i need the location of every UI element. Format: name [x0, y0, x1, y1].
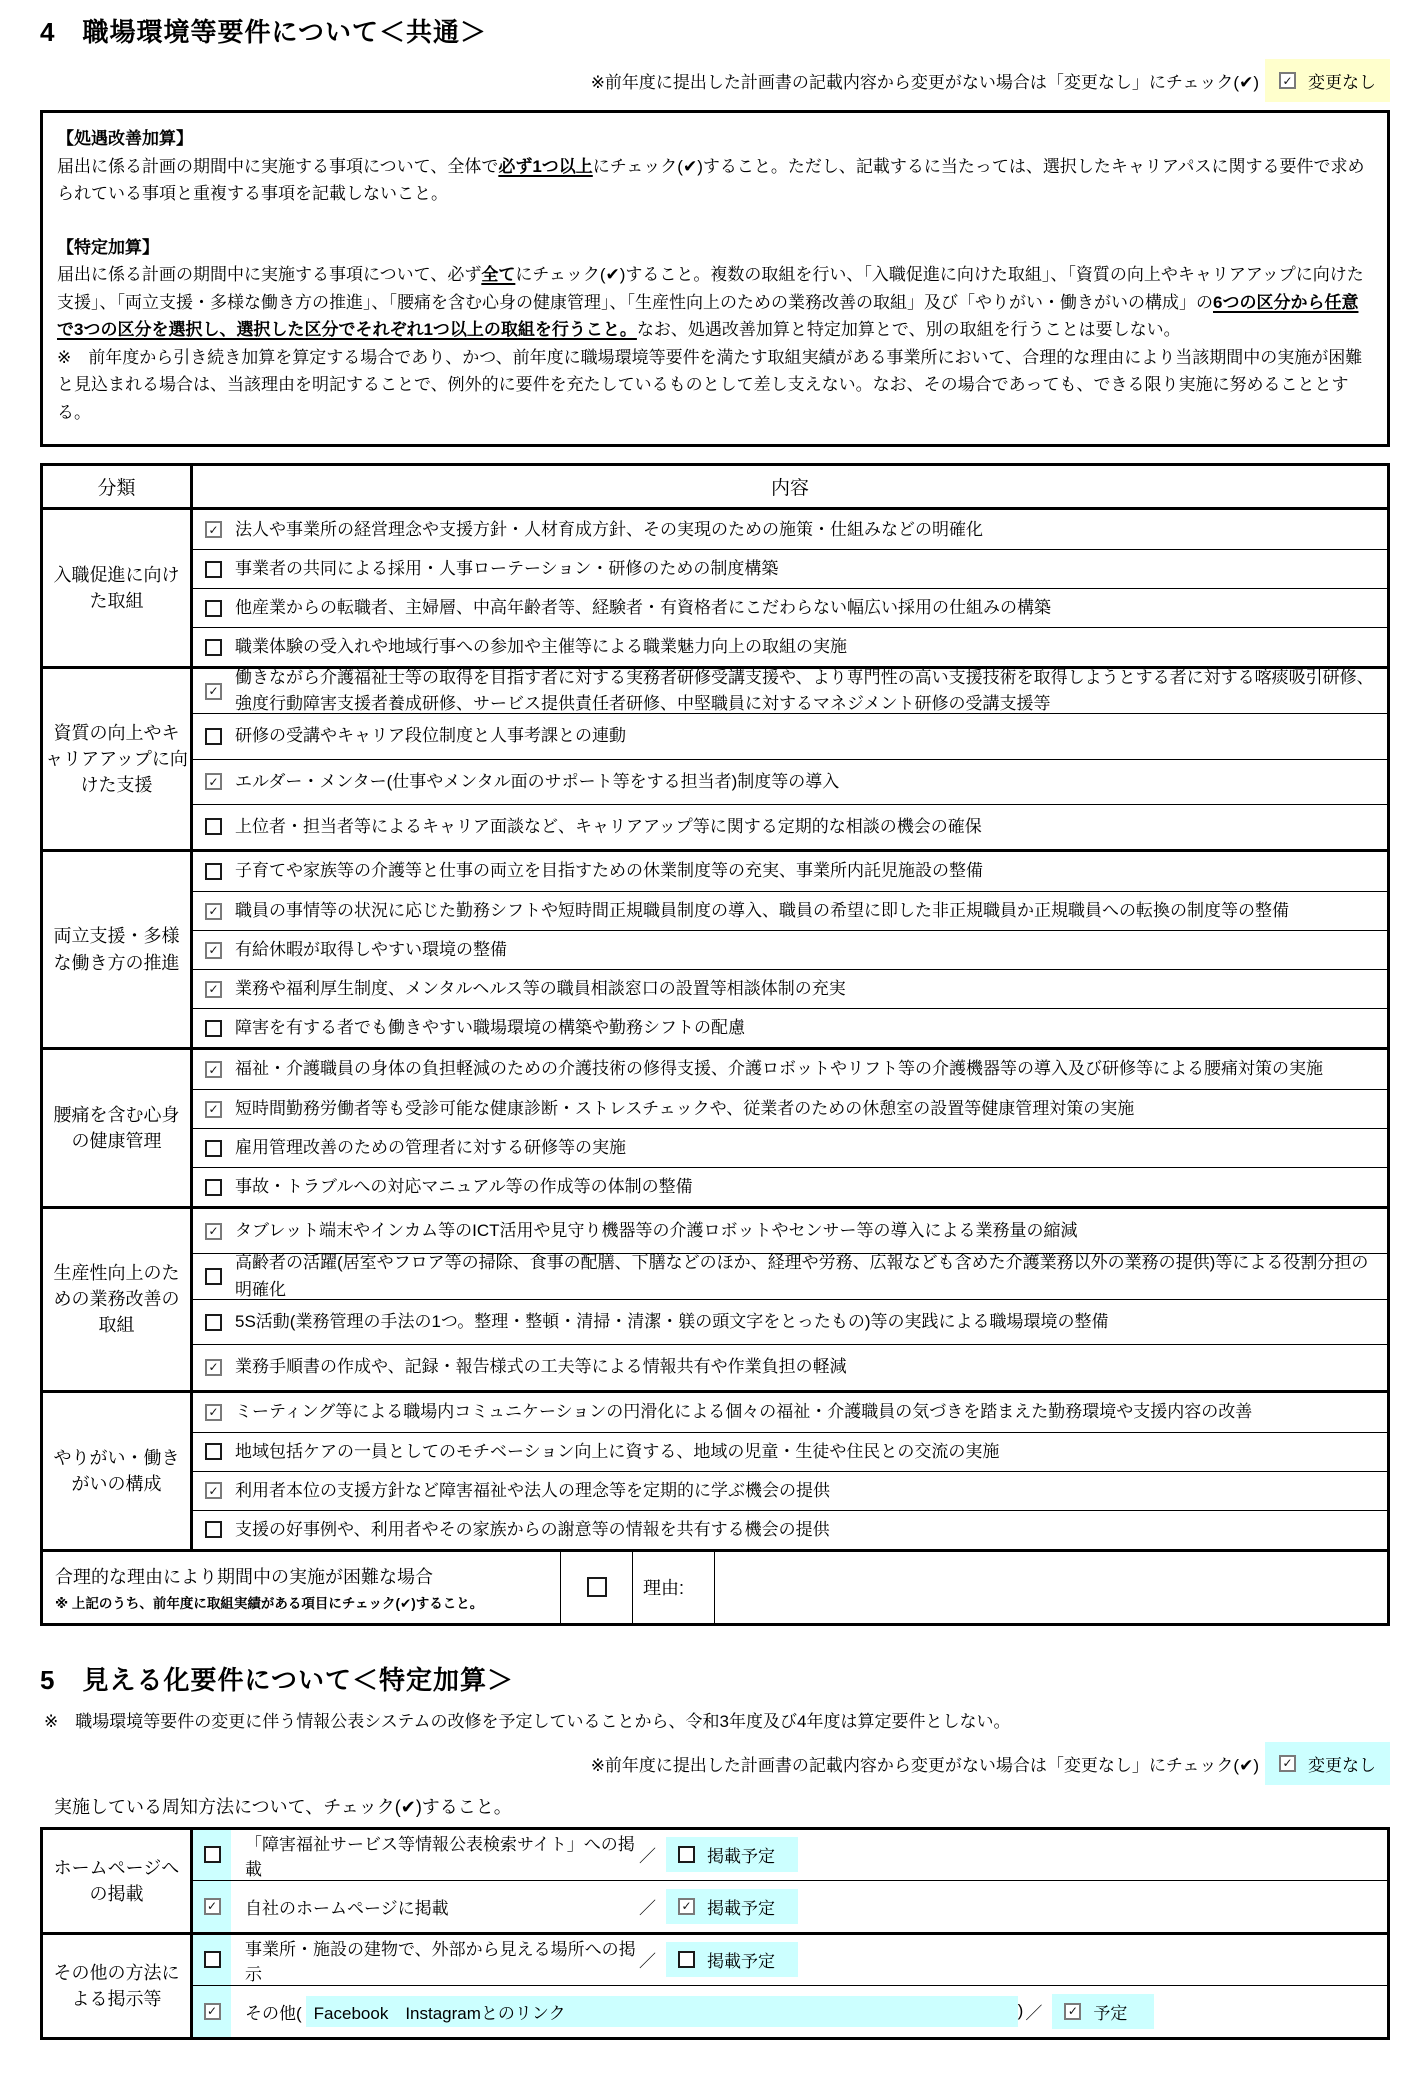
slash-separator: ／ [639, 1894, 656, 1919]
table-row: ✓短時間勤務労働者等も受診可能な健康診断・ストレスチェックや、従業者のための休憩… [193, 1089, 1387, 1128]
item-text: 高齢者の活躍(居室やフロア等の掃除、食事の配膳、下膳などのほか、経理や労務、広報… [235, 1250, 1375, 1303]
requirements-groups: 入職促進に向けた取組✓法人や事業所の経営理念や支援方針・人材育成方針、その実現の… [43, 510, 1387, 1548]
item-checkbox[interactable] [205, 561, 222, 578]
item-text: タブレット端末やインカム等のICT活用や見守り機器等の介護ロボットやセンサー等の… [235, 1218, 1078, 1244]
item-checkbox[interactable]: ✓ [205, 942, 222, 959]
publicity-instruction: 実施している周知方法について、チェック(✔)すること。 [40, 1793, 1390, 1819]
table-row: ✓福祉・介護職員の身体の負担軽減のための介護技術の修得支援、介護ロボットやリフト… [193, 1050, 1387, 1089]
table-row: 上位者・担当者等によるキャリア面談など、キャリアアップ等に関する定期的な相談の機… [193, 804, 1387, 849]
publicity-table: ホームページへの掲載「障害福祉サービス等情報公表検索サイト」への掲載／掲載予定✓… [40, 1827, 1390, 2040]
table-row: 子育てや家族等の介護等と仕事の両立を目指すための休業制度等の充実、事業所内託児施… [193, 852, 1387, 891]
no-change-label: 変更なし [1308, 68, 1376, 93]
text-segment: なお、処遇改善加算と特定加算とで、別の取組を行うことは要しない。 [637, 320, 1181, 339]
category-label: 生産性向上のための業務改善の取組 [43, 1209, 193, 1390]
reason-title: 合理的な理由により期間中の実施が困難な場合 [55, 1563, 548, 1589]
item-checkbox[interactable] [205, 1314, 222, 1331]
item-text: ミーティング等による職場内コミュニケーションの円滑化による個々の福祉・介護職員の… [235, 1399, 1252, 1425]
plan-checkbox[interactable]: ✓ [1064, 2003, 1081, 2020]
item-text: 障害を有する者でも働きやすい職場環境の構築や勤務シフトの配慮 [235, 1015, 745, 1041]
item-text: 「障害福祉サービス等情報公表検索サイト」への掲載 [245, 1830, 637, 1880]
item-text: 支援の好事例や、利用者やその家族からの謝意等の情報を共有する機会の提供 [235, 1517, 830, 1543]
document-page: 4 職場環境等要件について＜共通＞ ※前年度に提出した計画書の記載内容から変更が… [0, 0, 1418, 2060]
item-text: 地域包括ケアの一員としてのモチベーション向上に資する、地域の児童・生徒や住民との… [235, 1439, 999, 1465]
group-rows: 「障害福祉サービス等情報公表検索サイト」への掲載／掲載予定✓自社のホームページに… [193, 1830, 1387, 1932]
item-checkbox[interactable] [205, 1179, 222, 1196]
text-segment: 全て [481, 265, 515, 284]
item-checkbox[interactable]: ✓ [205, 1404, 222, 1421]
row-body: 自社のホームページに掲載／✓掲載予定 [231, 1881, 1387, 1932]
no-change-note: ※前年度に提出した計画書の記載内容から変更がない場合は「変更なし」にチェック(✔… [591, 68, 1259, 93]
table-group: 入職促進に向けた取組✓法人や事業所の経営理念や支援方針・人材育成方針、その実現の… [43, 510, 1387, 669]
table-row: 高齢者の活躍(居室やフロア等の掃除、食事の配膳、下膳などのほか、経理や労務、広報… [193, 1253, 1387, 1298]
plan-box: 掲載予定 [666, 1942, 798, 1977]
checkbox-strip: ✓ [193, 1986, 231, 2037]
checkbox-strip [193, 1935, 231, 1986]
section5-no-change-row: ※前年度に提出した計画書の記載内容から変更がない場合は「変更なし」にチェック(✔… [40, 1742, 1390, 1785]
item-checkbox[interactable]: ✓ [205, 773, 222, 790]
table-row: 雇用管理改善のための管理者に対する研修等の実施 [193, 1128, 1387, 1167]
other-prefix: その他( [245, 1999, 302, 2024]
item-text: 職業体験の受入れや地域行事への参加や主催等による職業魅力向上の取組の実施 [235, 634, 847, 660]
table-row: ✓職員の事情等の状況に応じた勤務シフトや短時間正規職員制度の導入、職員の希望に即… [193, 891, 1387, 930]
table-group: 両立支援・多様な働き方の推進子育てや家族等の介護等と仕事の両立を目指すための休業… [43, 852, 1387, 1050]
group-rows: 子育てや家族等の介護等と仕事の両立を目指すための休業制度等の充実、事業所内託児施… [193, 852, 1387, 1047]
table-row: ✓有給休暇が取得しやすい環境の整備 [193, 930, 1387, 969]
group-rows: ✓働きながら介護福祉士等の取得を目指す者に対する実務者研修受講支援や、より専門性… [193, 669, 1387, 849]
item-text: 子育てや家族等の介護等と仕事の両立を目指すための休業制度等の充実、事業所内託児施… [235, 858, 983, 884]
row-body: 「障害福祉サービス等情報公表検索サイト」への掲載／掲載予定 [231, 1830, 1387, 1881]
item-checkbox[interactable] [205, 639, 222, 656]
category-label: 両立支援・多様な働き方の推進 [43, 852, 193, 1047]
item-checkbox[interactable]: ✓ [205, 521, 222, 538]
table-group: 生産性向上のための業務改善の取組✓タブレット端末やインカム等のICT活用や見守り… [43, 1209, 1387, 1393]
table-row: 事業所・施設の建物で、外部から見える場所への掲示／掲載予定 [193, 1935, 1387, 1986]
item-text: 短時間勤務労働者等も受診可能な健康診断・ストレスチェックや、従業者のための休憩室… [235, 1096, 1134, 1122]
item-checkbox[interactable] [205, 1268, 222, 1285]
table-row: 事故・トラブルへの対応マニュアル等の作成等の体制の整備 [193, 1167, 1387, 1206]
group-rows: ✓タブレット端末やインカム等のICT活用や見守り機器等の介護ロボットやセンサー等… [193, 1209, 1387, 1390]
plan-box: ✓予定 [1052, 1994, 1154, 2029]
plan-checkbox[interactable] [678, 1951, 695, 1968]
table-row: ✓ミーティング等による職場内コミュニケーションの円滑化による個々の福祉・介護職員… [193, 1393, 1387, 1432]
item-checkbox[interactable] [205, 600, 222, 617]
section5-title: 5 見える化要件について＜特定加算＞ [40, 1660, 1390, 1697]
group-rows: 事業所・施設の建物で、外部から見える場所への掲示／掲載予定✓その他(Facebo… [193, 1935, 1387, 2037]
plan-label: 掲載予定 [707, 1894, 775, 1919]
item-checkbox[interactable] [205, 1521, 222, 1538]
plan-box: 掲載予定 [666, 1837, 798, 1872]
item-text: 職員の事情等の状況に応じた勤務シフトや短時間正規職員制度の導入、職員の希望に即し… [235, 898, 1289, 924]
category-label: 腰痛を含む心身の健康管理 [43, 1050, 193, 1206]
publish-checkbox[interactable] [204, 1951, 221, 1968]
text-segment: 必ず1つ以上 [498, 157, 592, 176]
item-checkbox[interactable]: ✓ [205, 1482, 222, 1499]
item-checkbox[interactable]: ✓ [205, 981, 222, 998]
table-row: ✓自社のホームページに掲載／✓掲載予定 [193, 1880, 1387, 1932]
category-label: やりがい・働きがいの構成 [43, 1393, 193, 1549]
item-text: 自社のホームページに掲載 [245, 1894, 637, 1919]
item-text: 上位者・担当者等によるキャリア面談など、キャリアアップ等に関する定期的な相談の機… [235, 814, 982, 840]
plan-checkbox[interactable]: ✓ [678, 1898, 695, 1915]
table-group: 腰痛を含む心身の健康管理✓福祉・介護職員の身体の負担軽減のための介護技術の修得支… [43, 1050, 1387, 1209]
section4-title: 4 職場環境等要件について＜共通＞ [40, 12, 1390, 49]
checkbox-strip [193, 1830, 231, 1881]
item-checkbox[interactable] [205, 1140, 222, 1157]
no-change-highlight-2: ✓ 変更なし [1265, 1742, 1390, 1785]
no-change-checkbox-2[interactable]: ✓ [1279, 1755, 1296, 1772]
plan-checkbox[interactable] [678, 1846, 695, 1863]
no-change-label-2: 変更なし [1308, 1751, 1376, 1776]
slash-separator: ／ [639, 1842, 656, 1867]
other-suffix: ) [1018, 2001, 1024, 2021]
item-checkbox[interactable] [205, 818, 222, 835]
item-text: 事故・トラブルへの対応マニュアル等の作成等の体制の整備 [235, 1174, 693, 1200]
row-body: その他(Facebook Instagramとのリンク)／✓予定 [231, 1986, 1387, 2037]
publish-checkbox[interactable]: ✓ [204, 1898, 221, 1915]
spacer [57, 208, 1373, 234]
table-row: ✓業務や福利厚生制度、メンタルヘルス等の職員相談窓口の設置等相談体制の充実 [193, 969, 1387, 1008]
item-text: 法人や事業所の経営理念や支援方針・人材育成方針、その実現のための施策・仕組みなど… [235, 517, 983, 543]
section5-note: ※ 職場環境等要件の変更に伴う情報公表システムの改修を予定していることから、令和… [40, 1707, 1390, 1732]
plan-label: 掲載予定 [707, 1947, 775, 1972]
item-checkbox[interactable] [205, 728, 222, 745]
table-row: 支援の好事例や、利用者やその家族からの謝意等の情報を共有する機会の提供 [193, 1510, 1387, 1549]
slash-separator: ／ [1025, 1999, 1042, 2024]
category-label: その他の方法による掲示等 [43, 1935, 193, 2037]
block1-title: 【処遇改善加算】 [57, 125, 1373, 153]
no-change-highlight: ✓ 変更なし [1265, 59, 1390, 102]
reason-cell: 合理的な理由により期間中の実施が困難な場合 ※ 上記のうち、前年度に取組実績があ… [43, 1552, 561, 1623]
table-row: 職業体験の受入れや地域行事への参加や主催等による職業魅力向上の取組の実施 [193, 627, 1387, 666]
item-text: 事業者の共同による採用・人事ローテーション・研修のための制度構築 [235, 556, 778, 582]
publicity-group: ホームページへの掲載「障害福祉サービス等情報公表検索サイト」への掲載／掲載予定✓… [43, 1830, 1387, 1932]
no-change-checkbox[interactable]: ✓ [1279, 72, 1296, 89]
reason-row: 合理的な理由により期間中の実施が困難な場合 ※ 上記のうち、前年度に取組実績があ… [43, 1549, 1387, 1623]
publicity-group: その他の方法による掲示等事業所・施設の建物で、外部から見える場所への掲示／掲載予… [43, 1932, 1387, 2037]
table-row: 事業者の共同による採用・人事ローテーション・研修のための制度構築 [193, 549, 1387, 588]
plan-box: ✓掲載予定 [666, 1889, 798, 1924]
item-checkbox[interactable]: ✓ [205, 1223, 222, 1240]
item-text: 雇用管理改善のための管理者に対する研修等の実施 [235, 1135, 626, 1161]
item-text: エルダー・メンター(仕事やメンタル面のサポート等をする担当者)制度等の導入 [235, 769, 839, 795]
category-label: 資質の向上やキャリアアップに向けた支援 [43, 669, 193, 849]
item-text: 5S活動(業務管理の手法の1つ。整理・整頓・清掃・清潔・躾の頭文字をとったもの)… [235, 1309, 1109, 1335]
table-row: ✓エルダー・メンター(仕事やメンタル面のサポート等をする担当者)制度等の導入 [193, 759, 1387, 804]
checkbox-strip: ✓ [193, 1881, 231, 1932]
table-group: 資質の向上やキャリアアップに向けた支援✓働きながら介護福祉士等の取得を目指す者に… [43, 669, 1387, 852]
item-text: 他産業からの転職者、主婦層、中高年齢者等、経験者・有資格者にこだわらない幅広い採… [235, 595, 1051, 621]
item-checkbox[interactable]: ✓ [205, 903, 222, 920]
plan-label: 予定 [1093, 1999, 1127, 2024]
block1-text: 届出に係る計画の期間中に実施する事項について、全体で必ず1つ以上にチェック(✔)… [57, 153, 1373, 208]
table-header: 分類 内容 [43, 466, 1387, 510]
text-segment: 届出に係る計画の期間中に実施する事項について、必ず [57, 265, 481, 284]
row-body: 事業所・施設の建物で、外部から見える場所への掲示／掲載予定 [231, 1935, 1387, 1986]
block2-text: 届出に係る計画の期間中に実施する事項について、必ず全てにチェック(✔)すること。… [57, 261, 1373, 344]
category-label: 入職促進に向けた取組 [43, 510, 193, 666]
no-change-note-2: ※前年度に提出した計画書の記載内容から変更がない場合は「変更なし」にチェック(✔… [591, 1751, 1259, 1776]
table-row: ✓利用者本位の支援方針など障害福祉や法人の理念等を定期的に学ぶ機会の提供 [193, 1471, 1387, 1510]
group-rows: ✓法人や事業所の経営理念や支援方針・人材育成方針、その実現のための施策・仕組みな… [193, 510, 1387, 666]
group-rows: ✓福祉・介護職員の身体の負担軽減のための介護技術の修得支援、介護ロボットやリフト… [193, 1050, 1387, 1206]
block2-title: 【特定加算】 [57, 234, 1373, 262]
item-checkbox[interactable]: ✓ [205, 1359, 222, 1376]
item-text: 業務手順書の作成や、記録・報告様式の工夫等による情報共有や作業負担の軽減 [235, 1354, 847, 1380]
section4-no-change-row: ※前年度に提出した計画書の記載内容から変更がない場合は「変更なし」にチェック(✔… [40, 59, 1390, 102]
table-row: ✓働きながら介護福祉士等の取得を目指す者に対する実務者研修受講支援や、より専門性… [193, 669, 1387, 713]
item-text: 利用者本位の支援方針など障害福祉や法人の理念等を定期的に学ぶ機会の提供 [235, 1478, 830, 1504]
reason-checkbox-cell [561, 1552, 633, 1623]
table-row: 5S活動(業務管理の手法の1つ。整理・整頓・清掃・清潔・躾の頭文字をとったもの)… [193, 1299, 1387, 1344]
other-input[interactable]: Facebook Instagramとのリンク [306, 1996, 1018, 2027]
instruction-box: 【処遇改善加算】 届出に係る計画の期間中に実施する事項について、全体で必ず1つ以… [40, 110, 1390, 447]
table-row: 障害を有する者でも働きやすい職場環境の構築や勤務シフトの配慮 [193, 1008, 1387, 1047]
reason-label: 理由: [633, 1552, 715, 1623]
category-label: ホームページへの掲載 [43, 1830, 193, 1932]
item-checkbox[interactable]: ✓ [205, 1101, 222, 1118]
table-row: ✓タブレット端末やインカム等のICT活用や見守り機器等の介護ロボットやセンサー等… [193, 1209, 1387, 1253]
table-row: 他産業からの転職者、主婦層、中高年齢者等、経験者・有資格者にこだわらない幅広い採… [193, 588, 1387, 627]
requirements-table: 分類 内容 入職促進に向けた取組✓法人や事業所の経営理念や支援方針・人材育成方針… [40, 463, 1390, 1625]
item-text: 業務や福利厚生制度、メンタルヘルス等の職員相談窓口の設置等相談体制の充実 [235, 976, 846, 1002]
text-segment: 届出に係る計画の期間中に実施する事項について、全体で [57, 157, 498, 176]
group-rows: ✓ミーティング等による職場内コミュニケーションの円滑化による個々の福祉・介護職員… [193, 1393, 1387, 1549]
table-row: ✓法人や事業所の経営理念や支援方針・人材育成方針、その実現のための施策・仕組みな… [193, 510, 1387, 549]
table-row: 地域包括ケアの一員としてのモチベーション向上に資する、地域の児童・生徒や住民との… [193, 1432, 1387, 1471]
block2-note: ※ 前年度から引き続き加算を算定する場合であり、かつ、前年度に職場環境等要件を満… [57, 344, 1373, 427]
table-row: ✓その他(Facebook Instagramとのリンク)／✓予定 [193, 1985, 1387, 2037]
table-row: 研修の受講やキャリア段位制度と人事考課との連動 [193, 713, 1387, 758]
slash-separator: ／ [639, 1947, 656, 1972]
table-row: 「障害福祉サービス等情報公表検索サイト」への掲載／掲載予定 [193, 1830, 1387, 1881]
reason-value-field[interactable] [715, 1552, 1387, 1623]
item-text: 働きながら介護福祉士等の取得を目指す者に対する実務者研修受講支援や、より専門性の… [235, 665, 1375, 718]
publish-checkbox[interactable] [204, 1846, 221, 1863]
item-text: 事業所・施設の建物で、外部から見える場所への掲示 [245, 1935, 637, 1985]
item-text: 有給休暇が取得しやすい環境の整備 [235, 937, 507, 963]
table-row: ✓業務手順書の作成や、記録・報告様式の工夫等による情報共有や作業負担の軽減 [193, 1344, 1387, 1389]
header-category: 分類 [43, 466, 193, 507]
plan-label: 掲載予定 [707, 1842, 775, 1867]
item-text: 研修の受講やキャリア段位制度と人事考課との連動 [235, 723, 626, 749]
item-checkbox[interactable] [205, 863, 222, 880]
item-checkbox[interactable]: ✓ [205, 1061, 222, 1078]
item-text: 福祉・介護職員の身体の負担軽減のための介護技術の修得支援、介護ロボットやリフト等… [235, 1056, 1323, 1082]
reason-note: ※ 上記のうち、前年度に取組実績がある項目にチェック(✔)すること。 [55, 1592, 548, 1612]
item-checkbox[interactable] [205, 1443, 222, 1460]
reason-checkbox[interactable] [587, 1577, 607, 1597]
header-content: 内容 [193, 466, 1387, 507]
item-checkbox[interactable] [205, 1020, 222, 1037]
item-checkbox[interactable]: ✓ [205, 683, 222, 700]
publish-checkbox[interactable]: ✓ [204, 2003, 221, 2020]
table-group: やりがい・働きがいの構成✓ミーティング等による職場内コミュニケーションの円滑化に… [43, 1393, 1387, 1549]
